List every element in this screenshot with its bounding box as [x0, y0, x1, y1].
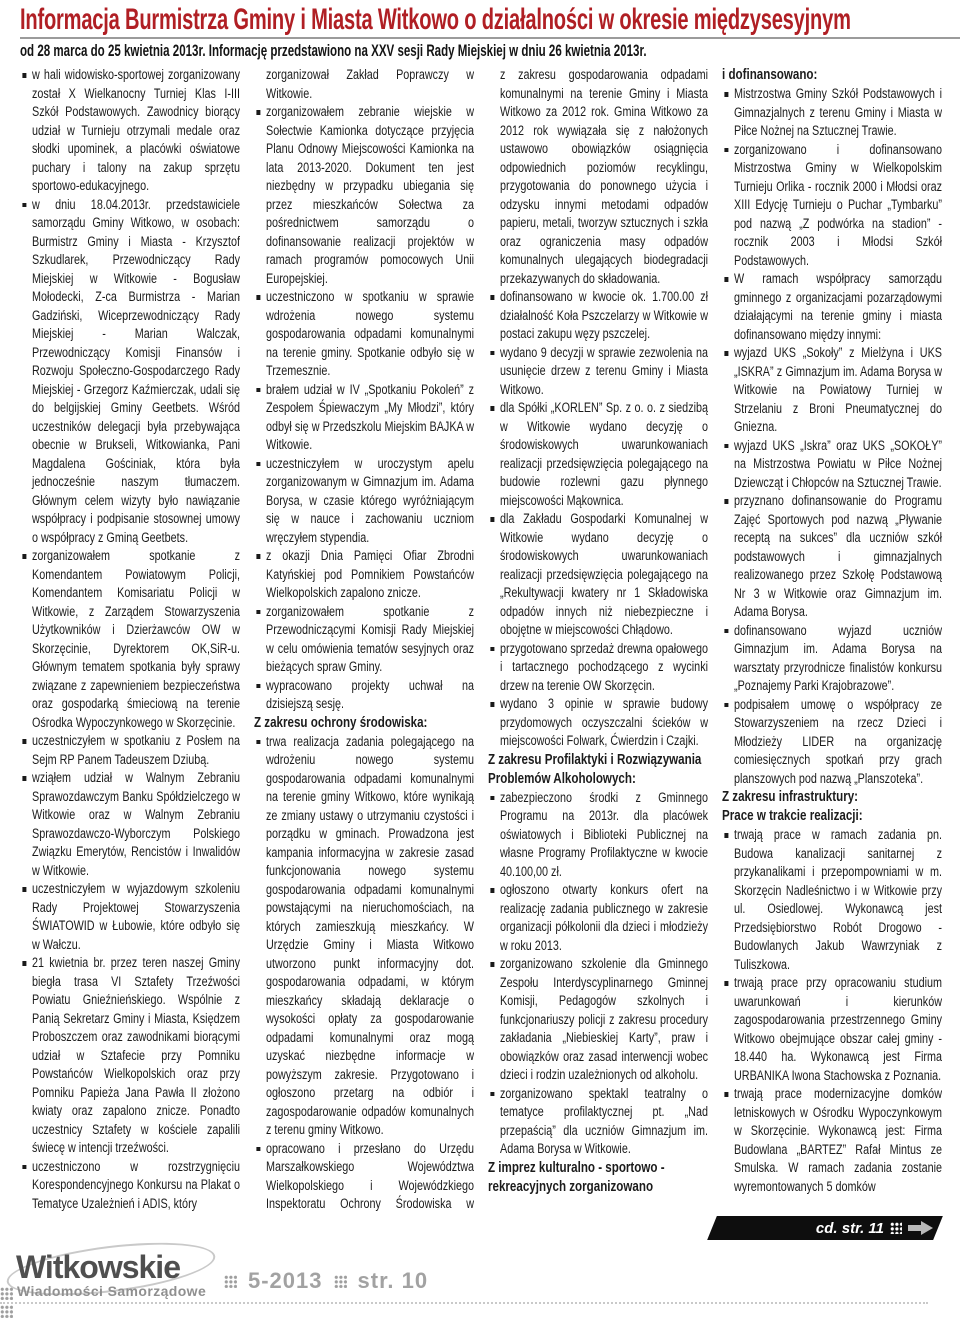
- footer-issue-info: 5-2013 str. 10: [224, 1268, 428, 1294]
- issue-number: 5-2013: [248, 1268, 323, 1294]
- dot-grid-icon: [890, 1222, 902, 1234]
- page-title: Informacja Burmistrza Gminy i Miasta Wit…: [20, 3, 851, 37]
- list-item: w hali widowisko-sportowej zorganizowany…: [20, 66, 240, 196]
- column-1: w hali widowisko-sportowej zorganizowany…: [20, 66, 240, 1216]
- list-item: w dniu 18.04.2013r. przedstawiciele samo…: [20, 196, 240, 548]
- list-item: przygotowano sprzedaż drewna opałowego i…: [488, 640, 708, 696]
- list-item: dla Spółki „KORLEN” Sp. z o. o. z siedzi…: [488, 399, 708, 510]
- list-item: uczestniczyłem w spotkaniu z Posłem na S…: [20, 732, 240, 769]
- list-item: zorganizowano spektakl teatralny o temat…: [488, 1085, 708, 1159]
- newspaper-logo-subtitle: Wiadomości Samorządowe: [17, 1283, 206, 1299]
- list-item: opracowano i przesłano do Urzędu Marszał…: [254, 1140, 474, 1217]
- list-item: podpisałem umowę o współpracy ze Stowarz…: [722, 696, 942, 789]
- continuation-text: z zakresu gospodarowania odpadami komuna…: [488, 66, 708, 288]
- continued-on-page-banner: cd. str. 11: [712, 1216, 938, 1240]
- list-item: zorganizowano szkolenie dla Gminnego Zes…: [488, 955, 708, 1085]
- dot-grid-icon: [334, 1275, 347, 1288]
- continuation-label: cd. str. 11: [816, 1220, 884, 1237]
- section-heading: Prace w trakcie realizacji:: [722, 807, 942, 826]
- dot-grid-icon: [0, 1305, 13, 1318]
- arrow-right-icon: [908, 1221, 934, 1235]
- dot-grid-icon: [224, 1275, 237, 1288]
- list-item: ogłoszono otwarty konkurs ofert na reali…: [488, 881, 708, 955]
- column-2: zorganizował Zakład Poprawczy w Witkowie…: [254, 66, 474, 1216]
- list-item: uczestniczyłem w uroczystym apelu zorgan…: [254, 455, 474, 548]
- list-item: trwa realizacja zadania polegającego na …: [254, 733, 474, 1140]
- article-body: w hali widowisko-sportowej zorganizowany…: [20, 66, 942, 1216]
- list-item: wyjazd UKS „Sokoły” z Mielżyna i UKS „IS…: [722, 344, 942, 437]
- list-item: W ramach współpracy samorządu gminnego z…: [722, 270, 942, 344]
- list-item: dofinansowano wyjazd uczniów Gimnazjum i…: [722, 622, 942, 696]
- list-item: dla Zakładu Gospodarki Komunalnej w Witk…: [488, 510, 708, 640]
- list-item: z okazji Dnia Pamięci Ofiar Zbrodni Katy…: [254, 547, 474, 603]
- list-item: trwają prace przy opracowaniu studium uw…: [722, 974, 942, 1085]
- list-item: uczestniczono w rozstrzygnięciu Korespon…: [20, 1158, 240, 1214]
- continuation-text: zorganizował Zakład Poprawczy w Witkowie…: [254, 66, 474, 103]
- list-item: trwają prace w ramach zadania pn. Budowa…: [722, 826, 942, 974]
- dot-grid-icon: [0, 1287, 13, 1300]
- list-item: zorganizowałem spotkanie z Przewodnicząc…: [254, 603, 474, 677]
- list-item: dofinansowano w kwocie ok. 1.700.00 zł d…: [488, 288, 708, 344]
- footer-dotted-divider: [0, 1302, 928, 1304]
- page-number: str. 10: [358, 1268, 429, 1294]
- section-heading: i dofinansowano:: [722, 66, 942, 85]
- list-item: Mistrzostwa Gminy Szkół Podstawowych i G…: [722, 85, 942, 141]
- list-item: brałem udział w IV „Spotkaniu Pokoleń” z…: [254, 381, 474, 455]
- list-item: zorganizowałem spotkanie z Komendantem P…: [20, 547, 240, 732]
- column-3: z zakresu gospodarowania odpadami komuna…: [488, 66, 708, 1216]
- list-item: wziąłem udział w Walnym Zebraniu Sprawoz…: [20, 769, 240, 880]
- section-heading: Z imprez kulturalno - sportowo - rekreac…: [488, 1159, 708, 1197]
- column-4: i dofinansowano: Mistrzostwa Gminy Szkół…: [722, 66, 942, 1216]
- section-heading: Z zakresu ochrony środowiska:: [254, 714, 474, 733]
- newspaper-logo-title: Witkowskie: [16, 1249, 180, 1286]
- section-heading: Z zakresu infrastruktury:: [722, 788, 942, 807]
- list-item: uczestniczyłem w wyjazdowym szkoleniu Ra…: [20, 880, 240, 954]
- list-item: wyjazd UKS „Iskra” oraz UKS „SOKOŁY” na …: [722, 437, 942, 493]
- section-heading: Z zakresu Profilaktyki i Rozwiązywania P…: [488, 751, 708, 789]
- list-item: wypracowano projekty uchwał na dzisiejsz…: [254, 677, 474, 714]
- list-item: wydano 3 opinie w sprawie budowy przydom…: [488, 695, 708, 751]
- list-item: przyznano dofinansowanie do Programu Zaj…: [722, 492, 942, 622]
- list-item: uczestniczono w spotkaniu w sprawie wdro…: [254, 288, 474, 381]
- header-rule: [20, 37, 960, 39]
- list-item: 21 kwietnia br. przez teren naszej Gminy…: [20, 954, 240, 1158]
- list-item: wydano 9 decyzji w sprawie zezwolenia na…: [488, 344, 708, 400]
- page-subtitle: od 28 marca do 25 kwietnia 2013r. Inform…: [20, 42, 647, 61]
- list-item: trwają prace modernizacyjne domków letni…: [722, 1085, 942, 1196]
- list-item: zorganizowano i dofinansowano Mistrzostw…: [722, 141, 942, 271]
- list-item: zorganizowałem zebranie wiejskie w Sołec…: [254, 103, 474, 288]
- list-item: zabezpieczono środki z Gminnego Programu…: [488, 789, 708, 882]
